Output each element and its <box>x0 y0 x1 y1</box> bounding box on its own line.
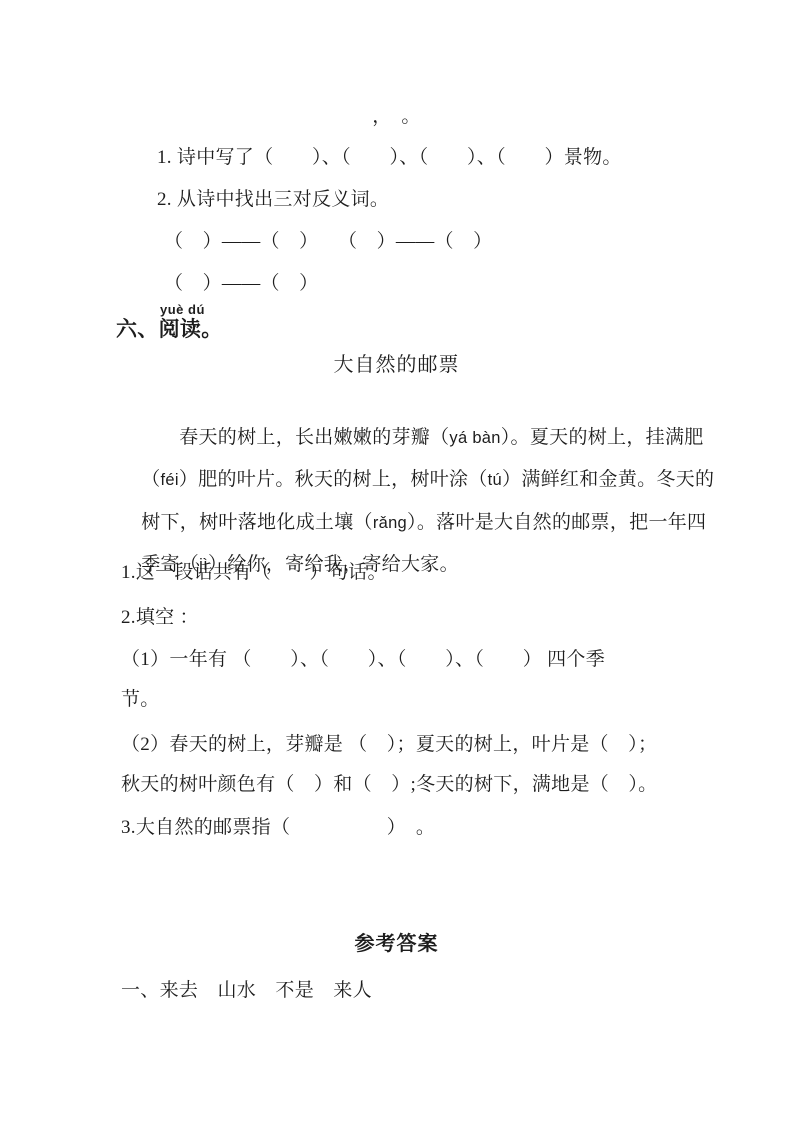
fill-question-2-line-2: 秋天的树叶颜色有（ ）和（ ）;冬天的树下，满地是（ ）。 <box>121 772 657 798</box>
antonym-fill-row-2: （ ）——（ ） <box>164 271 318 297</box>
passage-title: 大自然的邮票 <box>0 352 793 378</box>
poem-question-1: 1. 诗中写了（ ）、（ ）、（ ）、（ ）景物。 <box>157 145 622 171</box>
poem-question-2: 2. 从诗中找出三对反义词。 <box>157 187 389 213</box>
reading-question-2: 2.填空 ： <box>121 605 199 631</box>
reading-question-3: 3.大自然的邮票指（ ） 。 <box>121 815 435 841</box>
fill-question-1-line-2: 节。 <box>121 687 160 713</box>
antonym-fill-row-1: （ ）——（ ） （ ）——（ ） <box>164 229 492 255</box>
worksheet-page: ， 。 1. 诗中写了（ ）、（ ）、（ ）、（ ）景物。 2. 从诗中找出三对… <box>0 0 793 1122</box>
fill-question-2-line-1: （2）春天的树上，芽瓣是 （ ）；夏天的树上，叶片是（ ）； <box>121 732 657 758</box>
section-six-heading: 六、阅读。 <box>116 317 223 343</box>
answer-key-line-1: 一、来去 山水 不是 来人 <box>121 978 372 1004</box>
pinyin-annotation: yuè dú <box>160 303 205 317</box>
fill-question-1-line-1: （1）一年有 （ ）、（ ）、（ ）、（ ） 四个季 <box>121 647 605 673</box>
answer-key-title: 参考答案 <box>0 931 793 957</box>
reading-question-1: 1.这一段话共有（ ）句话。 <box>121 560 387 586</box>
poem-fill-line: ， 。 <box>0 104 793 130</box>
